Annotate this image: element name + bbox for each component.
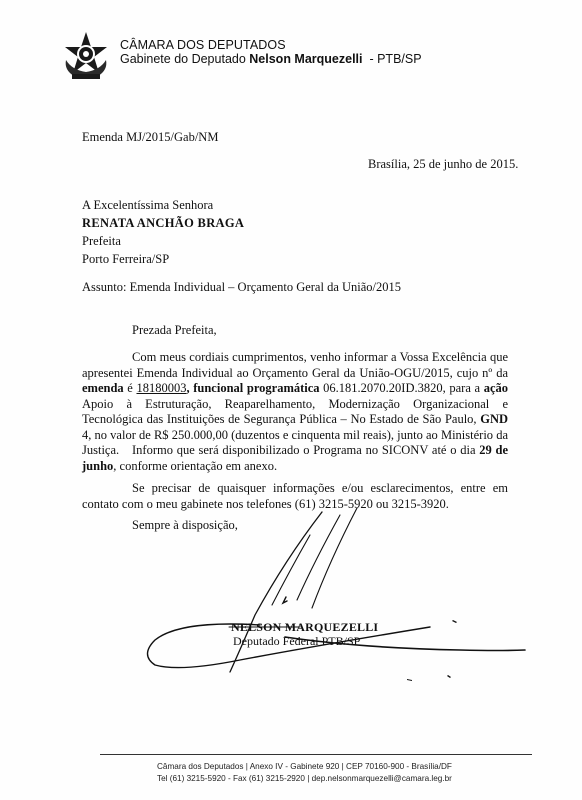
footer-address: Câmara dos Deputados | Anexo IV - Gabine… [157, 762, 452, 771]
greeting: Prezada Prefeita, [132, 323, 217, 338]
institution-name: CÂMARA DOS DEPUTADOS [120, 38, 286, 52]
signatory-name: NELSON MARQUEZELLI [231, 620, 378, 635]
recipient-location: Porto Ferreira/SP [82, 250, 244, 268]
recipient-block: A Excelentíssima Senhora RENATA ANCHÃO B… [82, 196, 244, 268]
office-line: Gabinete do Deputado Nelson Marquezelli … [120, 52, 422, 66]
deputy-name: Nelson Marquezelli [249, 52, 362, 66]
recipient-name: RENATA ANCHÃO BRAGA [82, 214, 244, 232]
body-paragraph-3: Se precisar de quaisquer informações e/o… [82, 481, 508, 512]
footer-divider [100, 754, 532, 755]
body-paragraph-2: Informo que será disponibilizado o Progr… [82, 443, 508, 474]
office-prefix: Gabinete do Deputado [120, 52, 249, 66]
subject-line: Assunto: Emenda Individual – Orçamento G… [82, 280, 401, 295]
date-line: Brasília, 25 de junho de 2015. [368, 157, 518, 172]
signatory-title: Deputado Federal PTB/SP [233, 634, 360, 649]
amendment-number: 18180003 [136, 381, 186, 395]
letter-page: CÂMARA DOS DEPUTADOS Gabinete do Deputad… [0, 0, 582, 800]
brazil-coat-of-arms-icon [60, 30, 112, 82]
recipient-title: A Excelentíssima Senhora [82, 196, 244, 214]
reference-code: Emenda MJ/2015/Gab/NM [82, 130, 218, 145]
party: - PTB/SP [363, 52, 422, 66]
footer-contact: Tel (61) 3215-5920 - Fax (61) 3215-2920 … [157, 774, 452, 783]
recipient-role: Prefeita [82, 232, 244, 250]
closing: Sempre à disposição, [132, 518, 238, 533]
